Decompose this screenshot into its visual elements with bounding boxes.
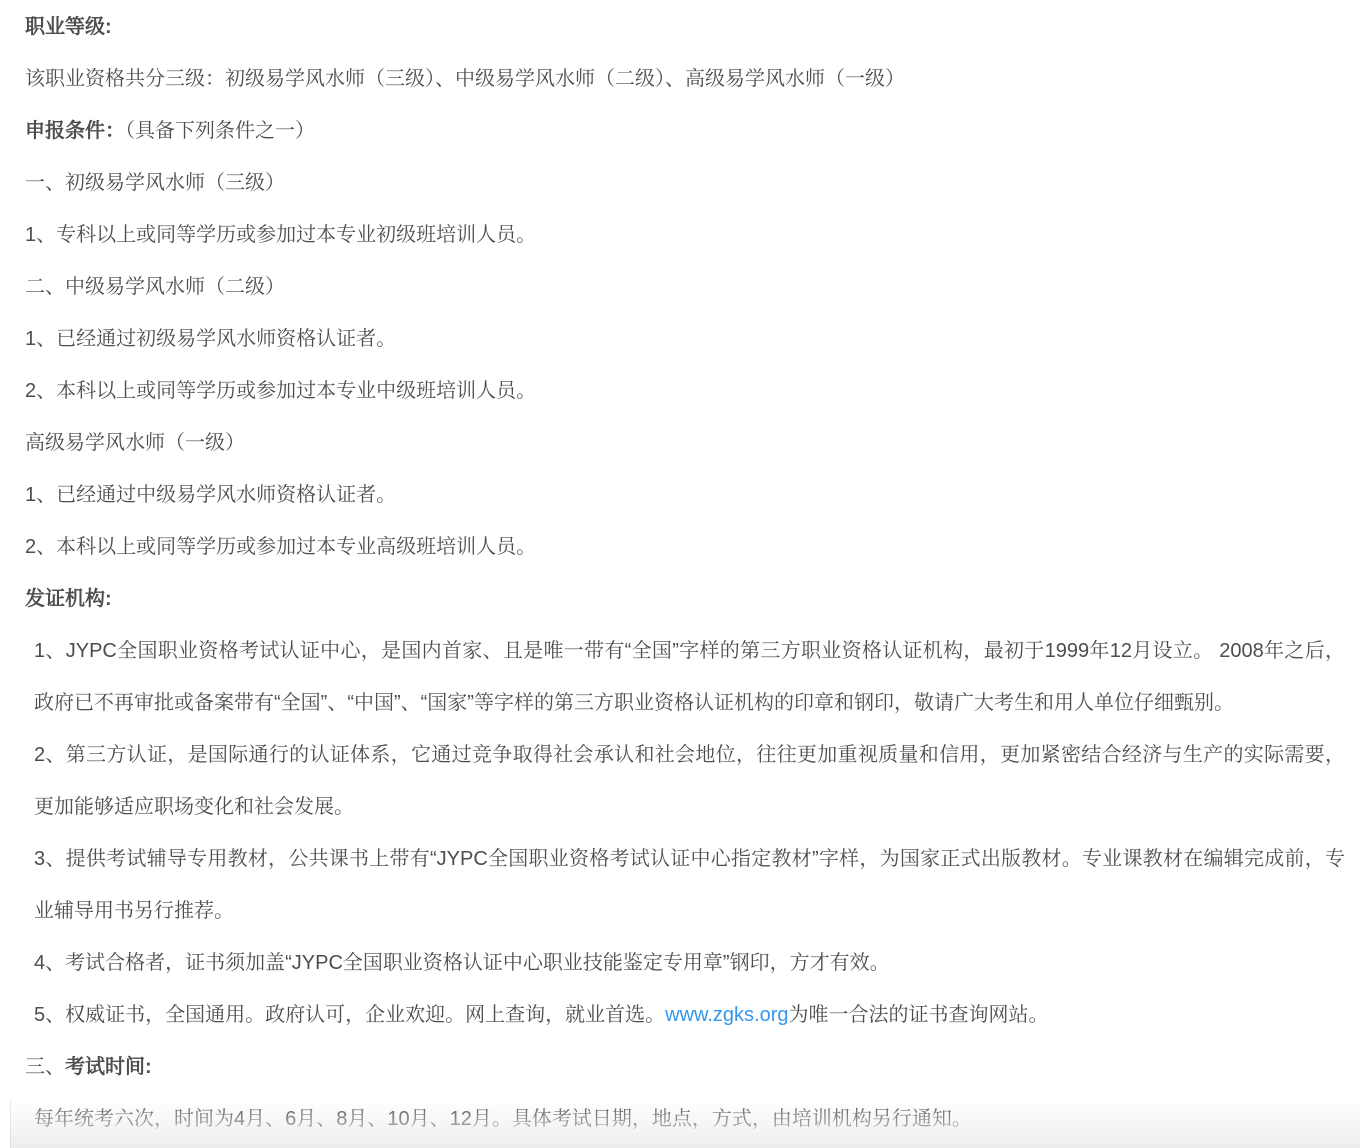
issuer-paragraph-4: 4、考试合格者，证书须加盖“JYPC全国职业资格认证中心职业技能鉴定专用章”钢印… <box>25 937 1345 989</box>
apply-conditions-line: 申报条件：（具备下列条件之一） <box>25 105 1345 157</box>
apply-conditions-note: （具备下列条件之一） <box>125 120 315 142</box>
issuer-paragraph-5-text-after: 为唯一合法的证书查询网站。 <box>789 1004 1049 1026</box>
career-level-text: 该职业资格共分三级：初级易学风水师（三级）、中级易学风水师（二级）、高级易学风水… <box>25 53 1345 105</box>
issuer-heading: 发证机构: <box>25 573 1345 625</box>
issuer-paragraph-5: 5、权威证书，全国通用。政府认可，企业欢迎。网上查询，就业首选。www.zgks… <box>25 989 1345 1041</box>
exam-time-prefix: 三、 <box>25 1056 65 1078</box>
issuer-paragraph-1: 1、JYPC全国职业资格考试认证中心，是国内首家、且是唯一带有“全国”字样的第三… <box>25 625 1345 729</box>
article-body: 职业等级: 该职业资格共分三级：初级易学风水师（三级）、中级易学风水师（二级）、… <box>0 0 1370 1145</box>
issuer-paragraph-5-text-before: 5、权威证书，全国通用。政府认可，企业欢迎。网上查询，就业首选。 <box>34 1004 665 1026</box>
level1-heading: 高级易学风水师（一级） <box>25 417 1345 469</box>
apply-conditions-heading: 申报条件： <box>25 120 125 142</box>
level1-requirement-2: 2、本科以上或同等学历或参加过本专业高级班培训人员。 <box>25 521 1345 573</box>
issuer-paragraph-2: 2、第三方认证，是国际通行的认证体系，它通过竞争取得社会承认和社会地位，往往更加… <box>25 729 1345 833</box>
career-level-heading: 职业等级: <box>25 1 1345 53</box>
level2-heading: 二、中级易学风水师（二级） <box>25 261 1345 313</box>
exam-time-heading: 考试时间: <box>65 1056 152 1078</box>
exam-time-line: 三、考试时间: <box>25 1041 1345 1093</box>
exam-time-text: 每年统考六次，时间为4月、6月、8月、10月、12月。具体考试日期，地点，方式，… <box>25 1093 1345 1145</box>
level3-requirement-1: 1、专科以上或同等学历或参加过本专业初级班培训人员。 <box>25 209 1345 261</box>
level1-requirement-1: 1、已经通过中级易学风水师资格认证者。 <box>25 469 1345 521</box>
certificate-query-link[interactable]: www.zgks.org <box>665 1004 788 1026</box>
level3-heading: 一、初级易学风水师（三级） <box>25 157 1345 209</box>
issuer-paragraph-3: 3、提供考试辅导专用教材，公共课书上带有“JYPC全国职业资格考试认证中心指定教… <box>25 833 1345 937</box>
article-page: 职业等级: 该职业资格共分三级：初级易学风水师（三级）、中级易学风水师（二级）、… <box>0 0 1370 1148</box>
level2-requirement-2: 2、本科以上或同等学历或参加过本专业中级班培训人员。 <box>25 365 1345 417</box>
level2-requirement-1: 1、已经通过初级易学风水师资格认证者。 <box>25 313 1345 365</box>
